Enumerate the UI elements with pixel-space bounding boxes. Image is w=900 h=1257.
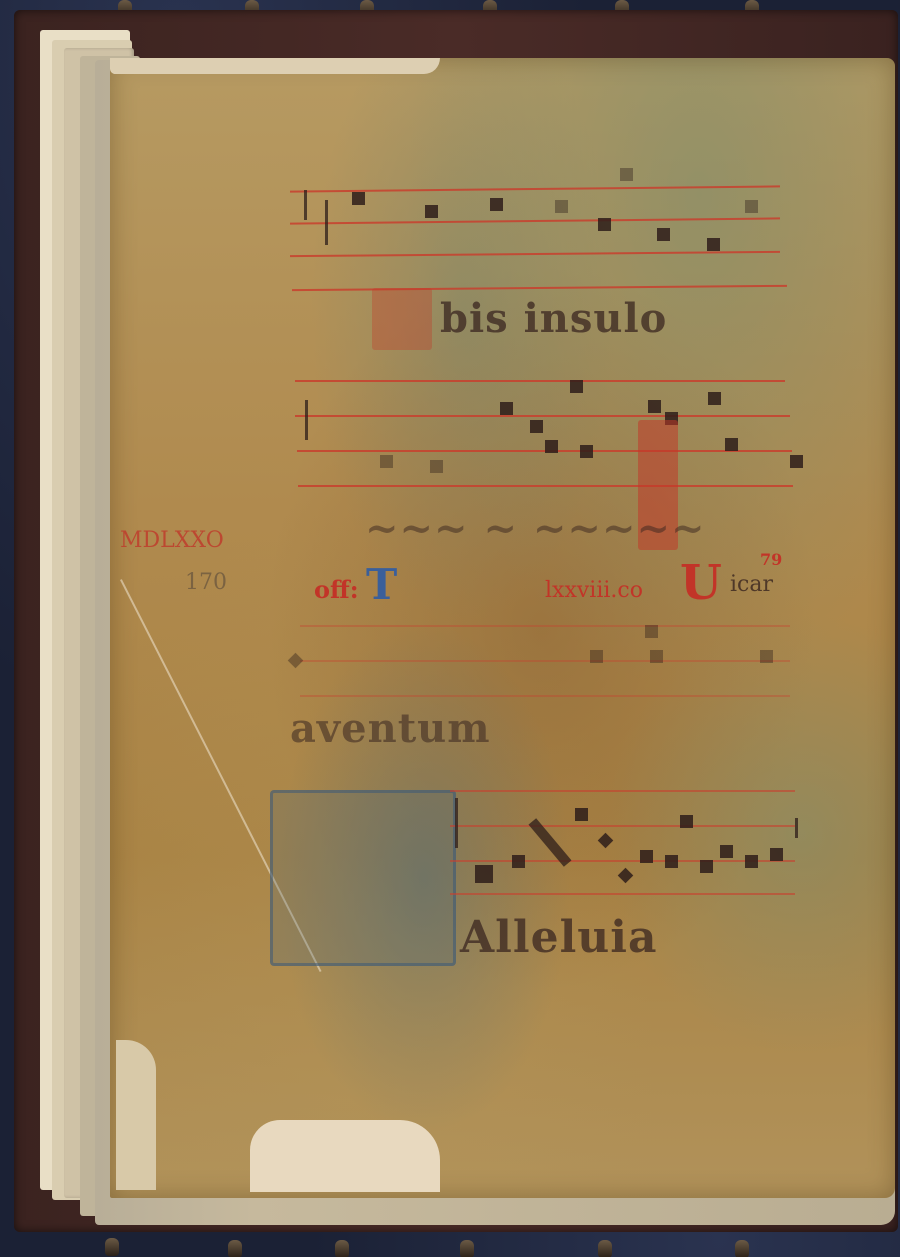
communion-initial: U [680, 555, 722, 611]
offertory-initial: T [366, 560, 397, 609]
binding-clasp [460, 1240, 474, 1257]
decorated-initial [270, 790, 456, 966]
torn-edge [250, 1120, 440, 1192]
binding-clasp [735, 1240, 749, 1257]
parchment-leaf [110, 58, 895, 1198]
lyric-line-4: Alleluia [460, 912, 658, 963]
binding-clasp [105, 1238, 119, 1256]
lyric-line-1: bis insulo [440, 295, 667, 342]
torn-edge [116, 1040, 156, 1190]
lyric-line-2: ~~~ ~ ~~~~~ [365, 505, 706, 552]
margin-note-red: MDLXXO [120, 528, 224, 553]
binding-clasp [598, 1240, 612, 1257]
folio-number: 79 [760, 550, 782, 569]
binding-clasp [335, 1240, 349, 1257]
margin-note-dark: 170 [185, 570, 227, 595]
trailing-word: icar [730, 572, 773, 597]
offertory-label: off: [314, 575, 359, 604]
torn-edge [110, 58, 440, 74]
lyric-line-3: aventum [290, 705, 491, 752]
red-initial-letter [372, 288, 432, 350]
binding-clasp [228, 1240, 242, 1257]
folio-reference: lxxviii.co [545, 578, 643, 603]
